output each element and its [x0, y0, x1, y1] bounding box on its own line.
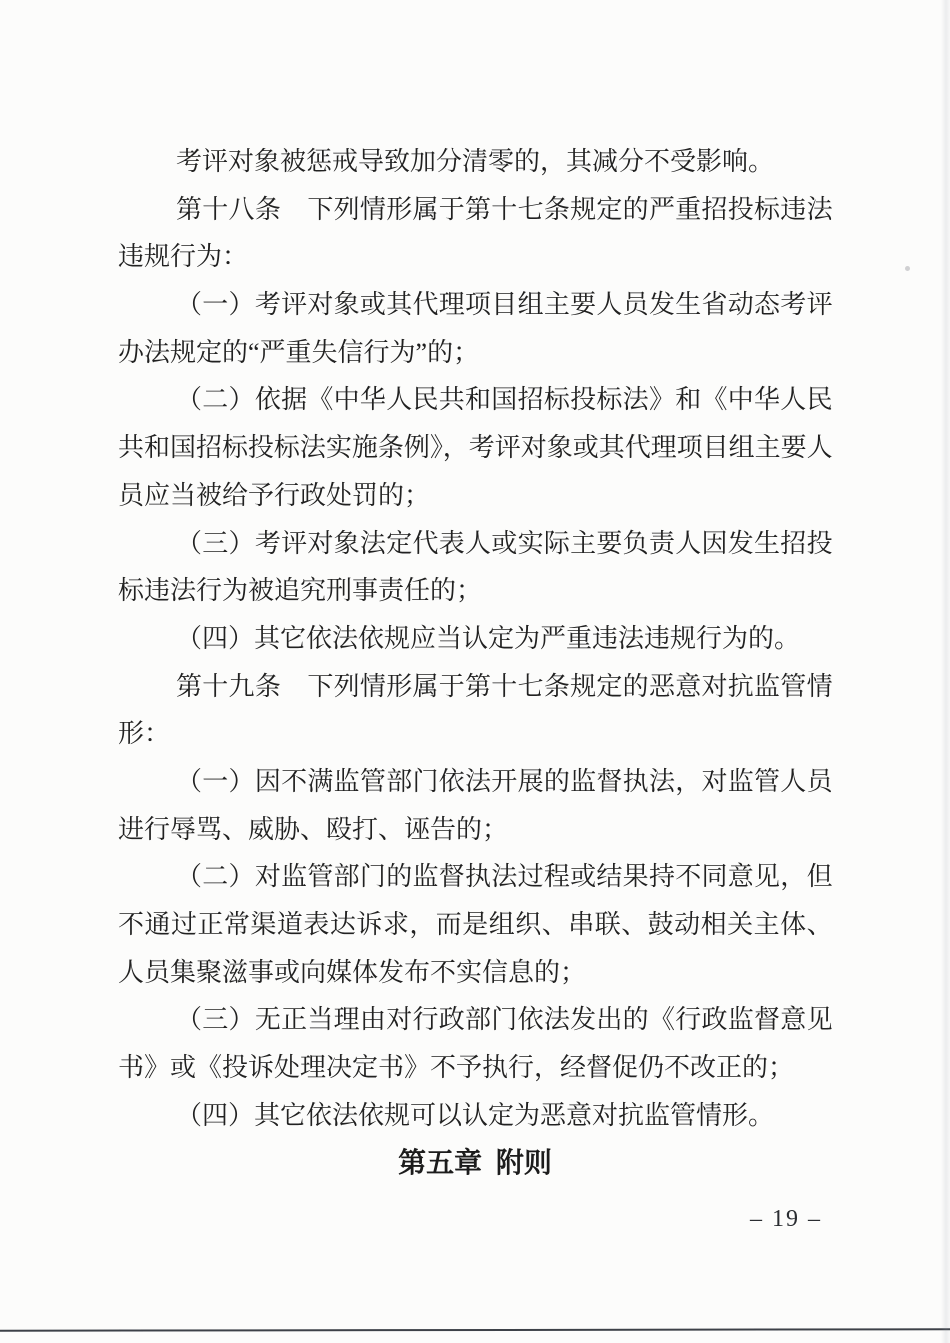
text-line: 共和国招标投标法实施条例》，考评对象或其代理项目组主要人 — [118, 424, 832, 472]
text-line: 形： — [118, 710, 832, 758]
page-number: – 19 – — [750, 1206, 822, 1233]
scan-speck — [905, 266, 910, 271]
text-line: 进行辱骂、威胁、殴打、诬告的； — [118, 806, 832, 854]
text-line: （四）其它依法依规应当认定为严重违法违规行为的。 — [118, 615, 832, 663]
text-line: 不通过正常渠道表达诉求，而是组织、串联、鼓动相关主体、 — [118, 901, 832, 949]
text-line: 员应当被给予行政处罚的； — [118, 472, 832, 520]
text-line: （二）依据《中华人民共和国招标投标法》和《中华人民 — [118, 376, 832, 424]
text-line: 书》或《投诉处理决定书》不予执行，经督促仍不改正的； — [118, 1044, 832, 1092]
text-line: （二）对监管部门的监督执法过程或结果持不同意见，但 — [118, 853, 832, 901]
scanned-document-page: 考评对象被惩戒导致加分清零的，其减分不受影响。 第十八条 下列情形属于第十七条规… — [0, 0, 950, 1343]
text-line: （四）其它依法依规可以认定为恶意对抗监管情形。 — [118, 1092, 832, 1140]
text-line: 考评对象被惩戒导致加分清零的，其减分不受影响。 — [118, 138, 832, 186]
scan-edge-line — [0, 1328, 950, 1332]
text-line: 第十八条 下列情形属于第十七条规定的严重招投标违法 — [118, 186, 832, 234]
text-line: （三）考评对象法定代表人或实际主要负责人因发生招投 — [118, 520, 832, 568]
scan-edge-shadow — [941, 0, 950, 1343]
text-line: 办法规定的“严重失信行为”的； — [118, 329, 832, 377]
document-body: 考评对象被惩戒导致加分清零的，其减分不受影响。 第十八条 下列情形属于第十七条规… — [118, 138, 832, 1187]
text-line: 违规行为： — [118, 233, 832, 281]
chapter-heading: 第五章 附则 — [118, 1139, 832, 1187]
text-line: （三）无正当理由对行政部门依法发出的《行政监督意见 — [118, 996, 832, 1044]
text-line: （一）因不满监管部门依法开展的监督执法，对监管人员 — [118, 758, 832, 806]
text-line: 人员集聚滋事或向媒体发布不实信息的； — [118, 949, 832, 997]
text-line: 第十九条 下列情形属于第十七条规定的恶意对抗监管情 — [118, 663, 832, 711]
text-line: 标违法行为被追究刑事责任的； — [118, 567, 832, 615]
text-line: （一）考评对象或其代理项目组主要人员发生省动态考评 — [118, 281, 832, 329]
